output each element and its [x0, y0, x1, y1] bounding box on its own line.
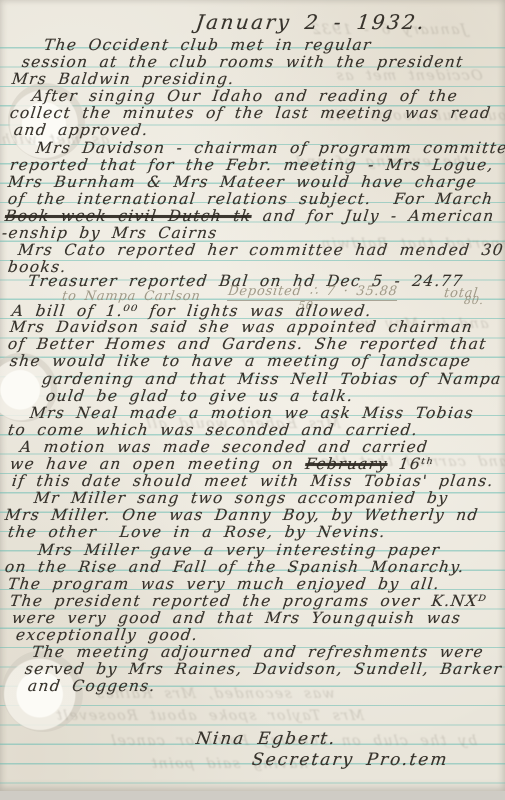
scanned-page: January 6 - 1932Occident met asour club …	[0, 0, 505, 791]
manuscript-line: we have an open meeting on February 16ᵗʰ	[9, 455, 435, 473]
signature-name: Nina Egbert.	[195, 729, 338, 749]
manuscript-line: gardening and that Miss Nell Tobias of N…	[41, 370, 503, 388]
manuscript-line: -enship by Mrs Cairns	[1, 224, 219, 242]
manuscript-segment: and for July - American citiz-	[250, 207, 505, 225]
manuscript-line: The president reported the programs over…	[9, 592, 488, 610]
manuscript-line: collect the minutes of the last meeting …	[9, 104, 493, 122]
manuscript-line: session at the club rooms with the presi…	[21, 53, 465, 71]
manuscript-line: After singing Our Idaho and reading of t…	[31, 87, 459, 105]
manuscript-line: and approved.	[13, 121, 150, 139]
manuscript-line: she would like to have a meeting of land…	[9, 352, 472, 370]
bleed-through-fragment: Mrs Taylor spoke about Roosevelt	[54, 708, 365, 724]
manuscript-line: if this date should meet with Miss Tobia…	[11, 472, 495, 490]
struck-text: Book week civil Dutch tk	[4, 207, 253, 225]
manuscript-line: Mrs Davidson - chairman of programm comm…	[35, 139, 505, 157]
manuscript-segment: we have an open meeting on	[9, 455, 307, 473]
manuscript-line: Mrs Miller gave a very interesting paper	[37, 541, 441, 559]
pencil-annotation: 80.	[463, 294, 485, 307]
manuscript-line: Mr Miller sang two songs accompanied by	[33, 489, 450, 507]
manuscript-line: were very good and that Mrs Youngquish w…	[11, 609, 462, 627]
manuscript-line: to come which was seconded and carried.	[7, 421, 419, 439]
scanner-background	[0, 791, 505, 800]
manuscript-line: reported that for the Febr. meeting - Mr…	[9, 156, 495, 174]
manuscript-line: The Occident club met in regular	[43, 36, 373, 54]
manuscript-line: of the international relations subject. …	[7, 190, 495, 208]
signature-title: Secretary Pro.tem	[251, 750, 450, 770]
manuscript-line: Mrs Davidson said she was appointed chai…	[9, 318, 474, 336]
manuscript-line: Mrs Cato reported her committee had mend…	[17, 241, 505, 259]
manuscript-line: and Coggens.	[27, 677, 157, 695]
manuscript-line: ould be glad to give us a talk.	[45, 387, 355, 405]
manuscript-line: the other Love in a Rose, by Nevins.	[7, 523, 387, 541]
manuscript-line: The program was very much enjoyed by all…	[7, 575, 441, 593]
manuscript-segment: 16ᵗʰ	[386, 455, 435, 473]
struck-text: February	[304, 455, 388, 473]
manuscript-line: The meeting adjourned and refreshments w…	[31, 643, 485, 661]
date-heading: January 2 - 1932.	[195, 10, 428, 34]
manuscript-line: Mrs Baldwin presiding.	[11, 70, 236, 88]
manuscript-line: Mrs Burnham & Mrs Mateer would have char…	[7, 173, 478, 191]
manuscript-line: A motion was made seconded and carried	[19, 438, 429, 456]
manuscript-line: served by Mrs Raines, Davidson, Sundell,…	[24, 660, 503, 678]
manuscript-line: exceptionally good.	[15, 626, 199, 644]
manuscript-line: Mrs Neal made a motion we ask Miss Tobia…	[29, 404, 475, 422]
manuscript-line: Mrs Miller. One was Danny Boy, by Wether…	[4, 506, 480, 524]
manuscript-line: of Better Homes and Gardens. She reporte…	[7, 335, 488, 353]
manuscript-line: Book week civil Dutch tk and for July - …	[4, 207, 505, 225]
manuscript-line: on the Rise and Fall of the Spanish Mona…	[4, 558, 466, 576]
